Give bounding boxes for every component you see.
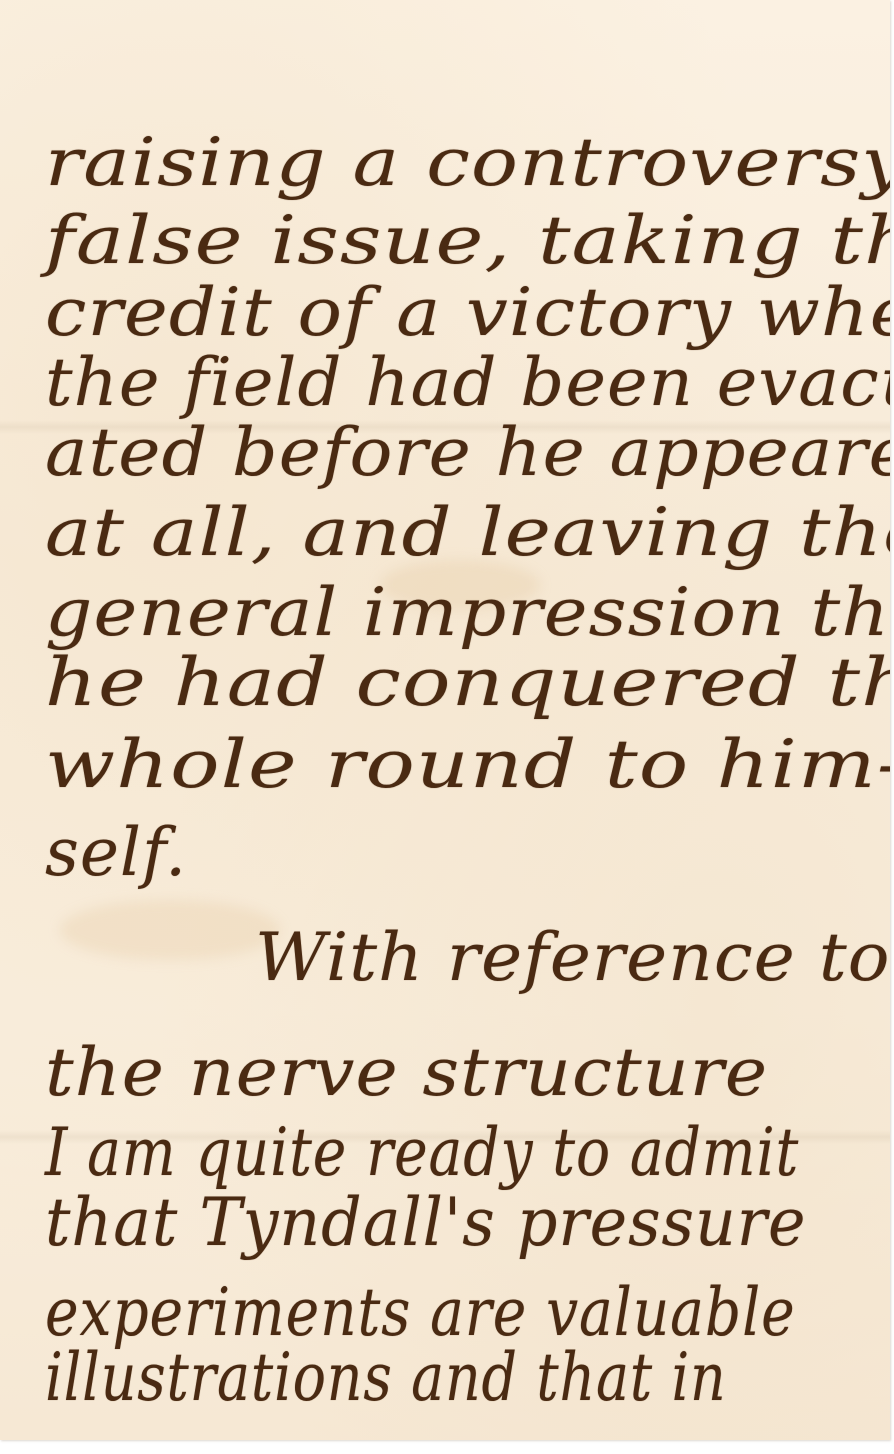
text-line: credit of a victory where (45, 280, 890, 346)
text-line: whole round to him- (45, 732, 890, 798)
text-line: illustrations and that in (45, 1345, 727, 1411)
text-line: that Tyndall's pressure (45, 1190, 806, 1256)
text-line: at all, and leaving the (45, 500, 890, 566)
text-line: general impression that (45, 580, 890, 646)
letter-page: raising a controversy on a false issue, … (0, 0, 890, 1440)
text-line: false issue, taking the (45, 208, 890, 274)
text-line: With reference to (255, 925, 890, 991)
text-line: experiments are valuable (45, 1280, 796, 1346)
text-line: I am quite ready to admit (45, 1120, 799, 1186)
text-line: he had conquered the (45, 650, 890, 716)
handwritten-text: raising a controversy on a false issue, … (0, 0, 890, 1440)
text-line: ated before he appeared (45, 420, 890, 486)
text-line: raising a controversy on a (45, 130, 890, 196)
text-line: the field had been evacu- (45, 350, 890, 416)
text-line: the nerve structure (45, 1040, 768, 1106)
text-line: self. (45, 820, 187, 886)
